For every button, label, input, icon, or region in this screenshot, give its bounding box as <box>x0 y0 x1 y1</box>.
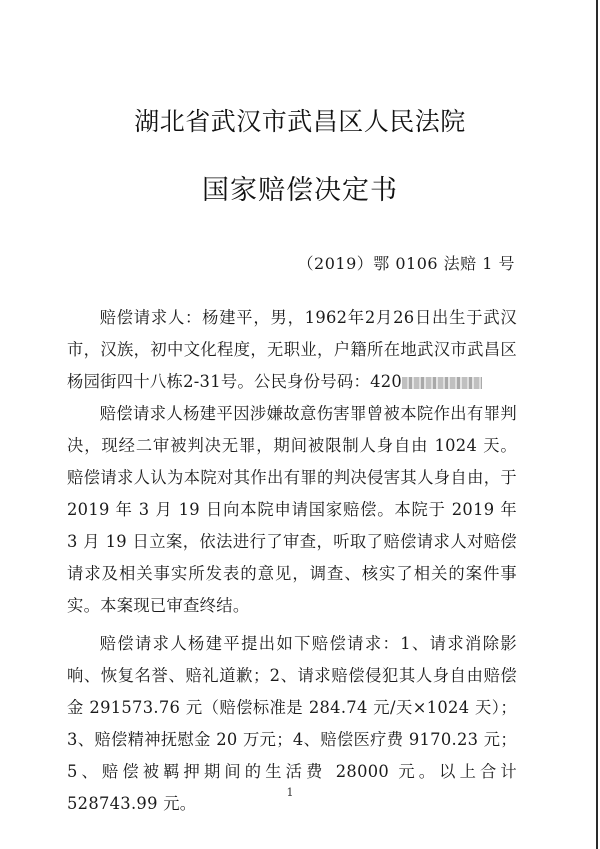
paragraph-case-background: 赔偿请求人杨建平因涉嫌故意伤害罪曾被本院作出有罪判决，现经二审被判决无罪，期间被… <box>67 398 517 622</box>
case-number: （2019）鄂 0106 法赔 1 号 <box>298 251 515 274</box>
paragraph-claimant-info: 赔偿请求人：杨建平，男，1962年2月26日出生于武汉市，汉族，初中文化程度，无… <box>67 302 517 398</box>
document-body: 赔偿请求人：杨建平，男，1962年2月26日出生于武汉市，汉族，初中文化程度，无… <box>67 302 517 820</box>
court-name-heading: 湖北省武汉市武昌区人民法院 <box>0 102 600 138</box>
document-title: 国家赔偿决定书 <box>0 168 600 207</box>
page-number: 1 <box>0 786 580 799</box>
redacted-id-number <box>402 377 482 389</box>
